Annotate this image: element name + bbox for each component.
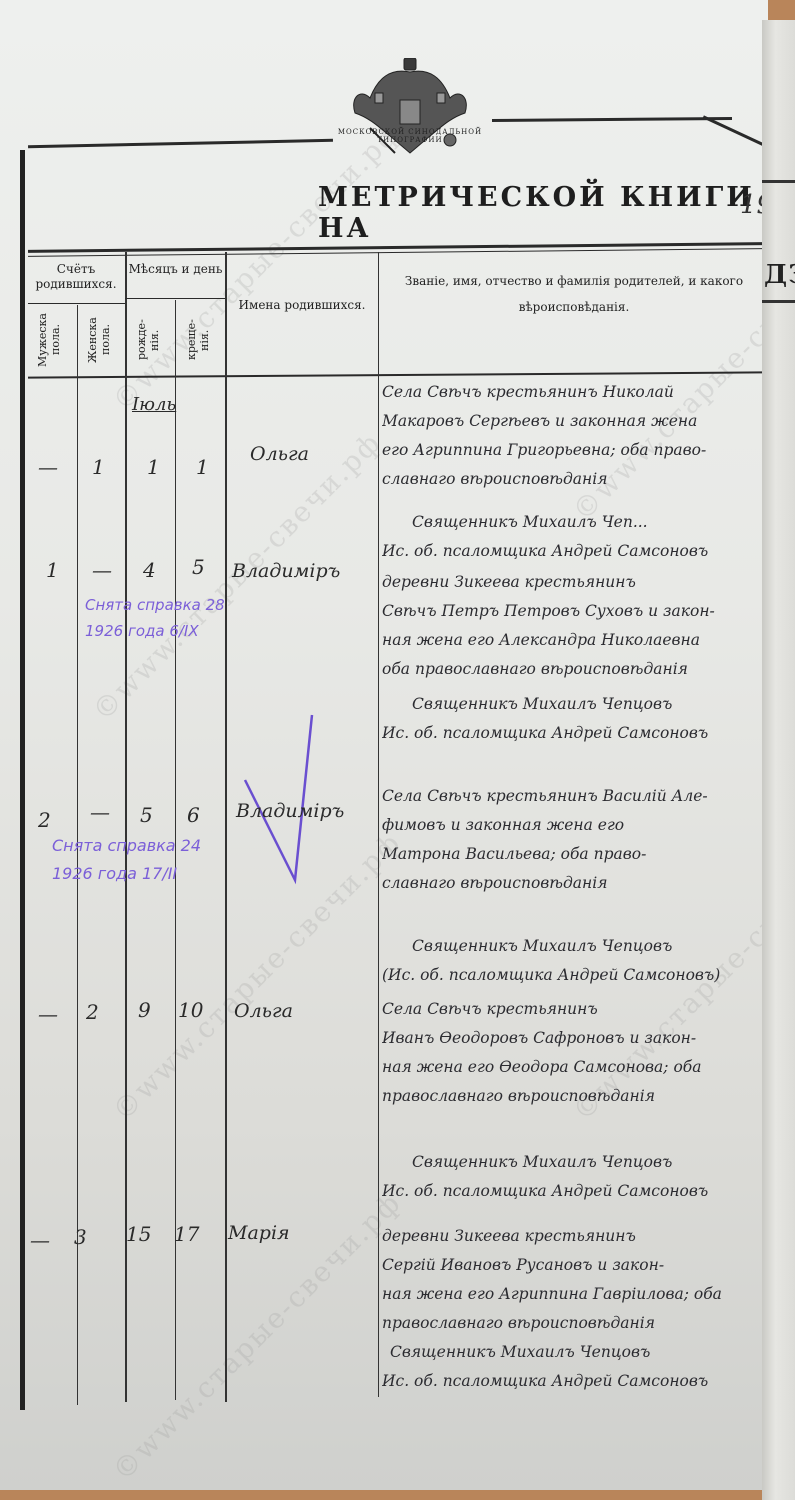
record-female: — bbox=[90, 800, 110, 824]
record-female: — bbox=[92, 558, 112, 582]
record-parents: Села Свѣчъ крестьянинъ Василій Але- фимо… bbox=[382, 782, 764, 898]
record-parents: Села Свѣчъ крестьянинъ Иванъ Ѳеодоровъ С… bbox=[382, 995, 764, 1111]
record-birth: 9 bbox=[138, 998, 151, 1022]
col-divider-names-parents bbox=[378, 252, 379, 1397]
record-parents: Села Свѣчъ крестьянинъ Николай Макаровъ … bbox=[382, 378, 764, 494]
archive-stamp-note: Снята справка 28 1926 года 6/IX bbox=[85, 592, 225, 644]
record-baptism: 6 bbox=[187, 803, 200, 827]
record-male: 1 bbox=[46, 558, 59, 582]
top-rule-left bbox=[28, 139, 333, 148]
record-clergy: Священникъ Михаилъ Чепцовъ Ис. об. псало… bbox=[382, 1148, 764, 1206]
record-baptism: 5 bbox=[192, 555, 205, 579]
header-parents: Званіе, имя, отчество и фамилія родителе… bbox=[385, 268, 763, 320]
record-female: 1 bbox=[92, 455, 105, 479]
record-clergy: Священникъ Михаилъ Чепцовъ (Ис. об. псал… bbox=[382, 932, 764, 990]
record-female: 3 bbox=[74, 1225, 87, 1249]
emblem-ribbon: МОСКОВСКОЙ СИНОДАЛЬНОЙ ТИПОГРАФИИ bbox=[332, 128, 488, 158]
record-name: Владиміръ bbox=[232, 560, 340, 582]
header-male: Мужеска пола. bbox=[36, 310, 62, 370]
record-female: 2 bbox=[86, 1000, 99, 1024]
record-name: Владиміръ bbox=[236, 800, 344, 822]
next-page-edge: ДЗ bbox=[762, 20, 795, 1500]
archive-stamp-note: Снята справка 24 1926 года 17/II bbox=[52, 832, 201, 888]
record-parents: деревни Зикеева крестьянинъ Сергій Ивано… bbox=[382, 1222, 764, 1338]
record-name: Ольга bbox=[234, 1000, 293, 1022]
record-birth: 5 bbox=[140, 803, 153, 827]
record-baptism: 17 bbox=[174, 1222, 199, 1246]
subheader-rule-month bbox=[125, 298, 225, 299]
record-name: Ольга bbox=[250, 443, 309, 465]
record-baptism: 10 bbox=[178, 998, 203, 1022]
subheader-rule-count bbox=[28, 303, 125, 304]
record-clergy: Священникъ Михаилъ Чепцовъ Ис. об. псало… bbox=[382, 690, 764, 748]
header-month-day: Мѣсяцъ и день bbox=[128, 262, 223, 277]
page-left-border bbox=[20, 150, 25, 1410]
top-rule-curve bbox=[703, 115, 768, 147]
header-birth: рожде-нія. bbox=[135, 310, 161, 370]
record-name: Марія bbox=[228, 1222, 290, 1244]
record-birth: 1 bbox=[147, 455, 160, 479]
header-baptism: креще-нія. bbox=[185, 310, 211, 370]
record-parents: деревни Зикеева крестьянинъ Свѣчъ Петръ … bbox=[382, 568, 764, 684]
record-male: — bbox=[30, 1228, 50, 1252]
next-page-title-fragment: ДЗ bbox=[764, 260, 795, 290]
record-baptism: 1 bbox=[196, 455, 209, 479]
col-divider-month-names bbox=[225, 252, 227, 1402]
record-clergy: Священникъ Михаилъ Чеп... Ис. об. псалом… bbox=[382, 508, 764, 566]
record-male: — bbox=[38, 455, 58, 479]
header-female: Женска пола. bbox=[86, 310, 112, 370]
record-clergy: Священникъ Михаилъ Чепцовъ Ис. об. псало… bbox=[382, 1338, 764, 1396]
top-rule-right bbox=[492, 117, 732, 122]
record-birth: 15 bbox=[126, 1222, 151, 1246]
record-birth: 4 bbox=[143, 558, 156, 582]
header-count: Счётъ родившихся. bbox=[30, 262, 122, 292]
record-male: — bbox=[38, 1002, 58, 1026]
register-page: ©www.старые-свечи.рф ©www.старые-свечи.р… bbox=[0, 0, 768, 1490]
record-male: 2 bbox=[38, 808, 51, 832]
month-label: Іюль bbox=[132, 394, 176, 415]
page-title: МЕТРИЧЕСКОЙ КНИГИ НА bbox=[318, 182, 768, 244]
header-names: Имена родившихся. bbox=[228, 298, 376, 313]
